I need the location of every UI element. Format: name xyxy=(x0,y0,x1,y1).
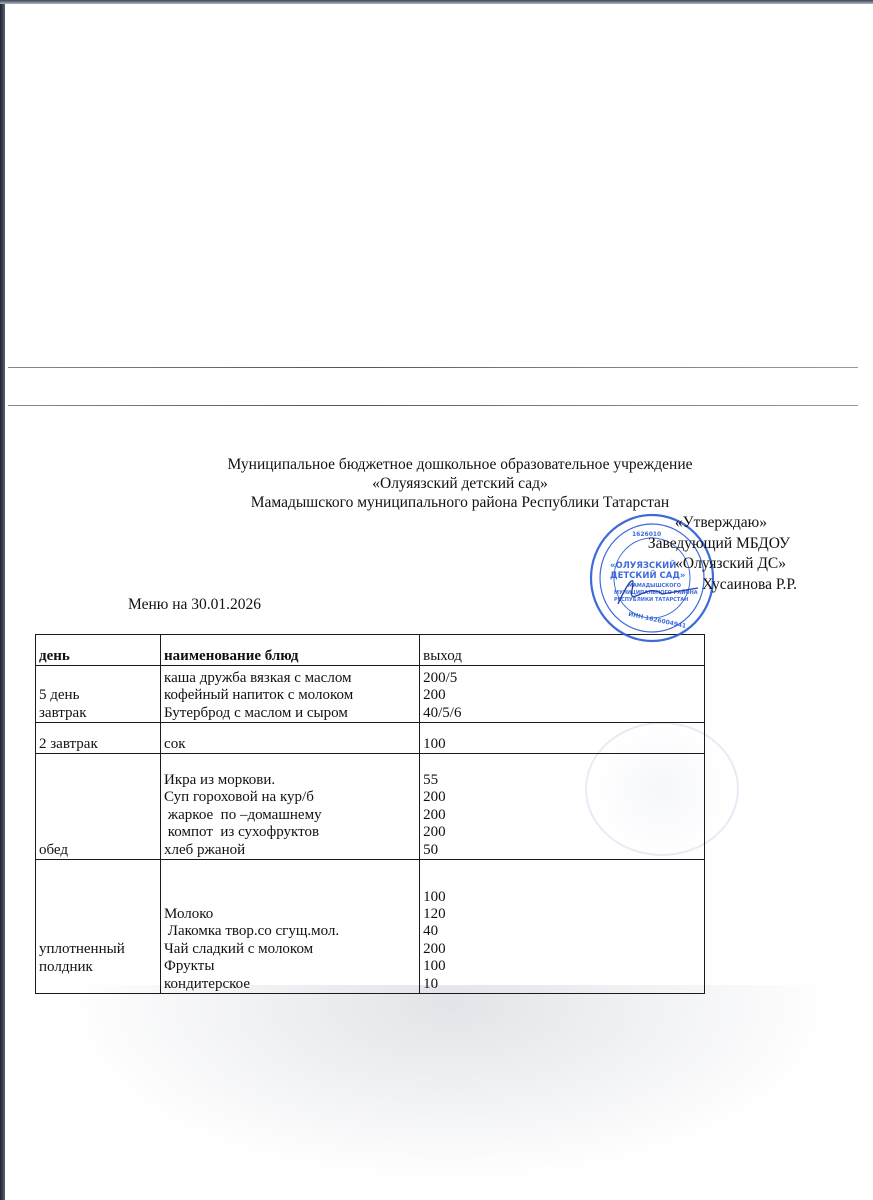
header-day: день xyxy=(36,635,161,666)
approval-line-2: Заведующий МБДОУ xyxy=(600,534,800,555)
institution-header: Муниципальное бюджетное дошкольное образ… xyxy=(150,455,770,512)
meal-cell: 2 завтрак xyxy=(36,723,161,754)
yield-cell: 100 xyxy=(420,723,705,754)
table-row: 5 день завтрак каша дружба вязкая с масл… xyxy=(36,666,705,723)
header-line-1: Муниципальное бюджетное дошкольное образ… xyxy=(150,455,770,474)
dishes-cell: Икра из моркови. Суп гороховой на кур/б … xyxy=(161,754,420,860)
table-row: уплотненный полдник Молоко Лакомка твор.… xyxy=(36,860,705,994)
svg-text:РЕСПУБЛИКИ ТАТАРСТАН: РЕСПУБЛИКИ ТАТАРСТАН xyxy=(614,597,688,603)
approval-line-4: Хусаинова Р.Р. xyxy=(600,575,800,596)
meal-cell: обед xyxy=(36,754,161,860)
scan-edge-left xyxy=(0,0,5,1200)
header-line-3: Мамадышского муниципального района Респу… xyxy=(150,493,770,512)
meal-cell: уплотненный полдник xyxy=(36,860,161,994)
approval-line-1: «Утверждаю» xyxy=(600,513,800,534)
meal-cell: 5 день завтрак xyxy=(36,666,161,723)
table-row: обед Икра из моркови. Суп гороховой на к… xyxy=(36,754,705,860)
header-line-2: «Олуяязский детский сад» xyxy=(150,474,770,493)
table-row: 2 завтрак сок 100 xyxy=(36,723,705,754)
scan-edge-top xyxy=(0,0,873,4)
approval-line-3: «Олуязский ДС» xyxy=(600,554,800,575)
header-dish: наименование блюд xyxy=(161,635,420,666)
menu-table: день наименование блюд выход 5 день завт… xyxy=(35,634,705,994)
yield-cell: 55 200 200 200 50 xyxy=(420,754,705,860)
stamp-inn: ИНН 1626004941 xyxy=(628,611,687,630)
scan-shadow xyxy=(60,985,840,1185)
dishes-cell: Молоко Лакомка твор.со сгущ.мол. Чай сла… xyxy=(161,860,420,994)
yield-cell: 100 120 40 200 100 10 xyxy=(420,860,705,994)
menu-title: Меню на 30.01.2026 xyxy=(128,596,261,614)
dishes-cell: сок xyxy=(161,723,420,754)
fold-line-bottom xyxy=(8,405,858,406)
approval-block: «Утверждаю» Заведующий МБДОУ «Олуязский … xyxy=(600,513,800,595)
yield-cell: 200/5 200 40/5/6 xyxy=(420,666,705,723)
fold-line-top xyxy=(8,367,858,368)
dishes-cell: каша дружба вязкая с маслом кофейный нап… xyxy=(161,666,420,723)
